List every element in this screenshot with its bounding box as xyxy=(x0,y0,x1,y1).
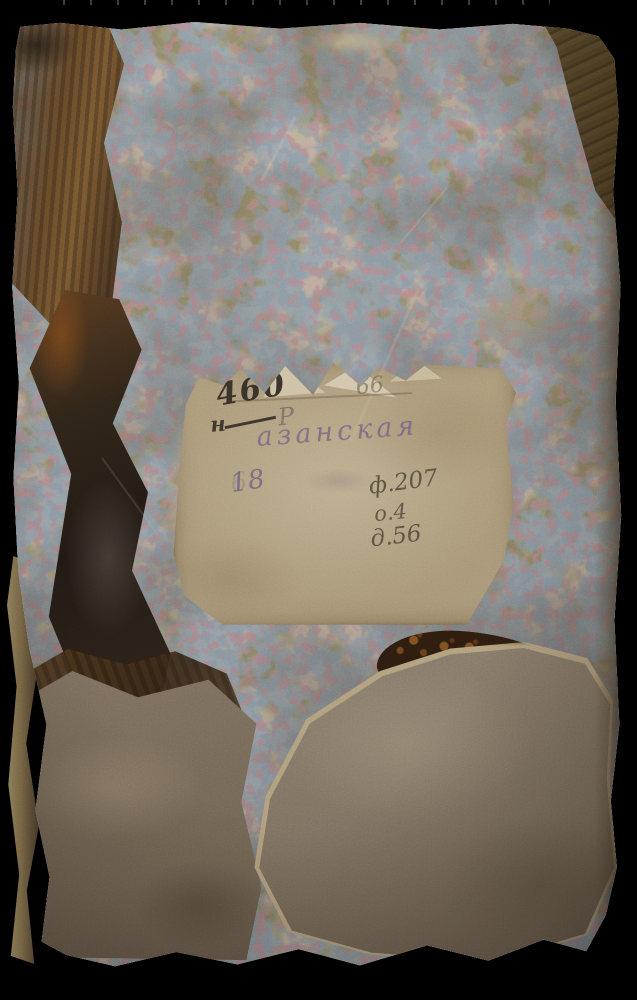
worn-cardboard-bottom-left xyxy=(12,671,264,963)
frayed-top-edge xyxy=(50,0,550,5)
label-year-faded-digit: 6 xyxy=(229,469,250,497)
label-opis-number: о.4 xyxy=(373,501,408,525)
label-fond-number: ф.207 xyxy=(368,467,440,499)
label-delo-number: д.56 xyxy=(369,523,422,552)
photo-of-book-cover: 460 66 н Р азанская 186 ф.207 о.4 д.56 xyxy=(0,0,637,1000)
pencil-smudge xyxy=(303,468,373,495)
book-cover: 460 66 н Р азанская 186 ф.207 о.4 д.56 xyxy=(11,21,623,972)
worn-pale-patch xyxy=(311,29,401,55)
label-crossed-out-letter: н xyxy=(209,413,226,435)
worn-pale-patch xyxy=(466,276,566,356)
archive-label: 460 66 н Р азанская 186 ф.207 о.4 д.56 xyxy=(172,358,519,628)
